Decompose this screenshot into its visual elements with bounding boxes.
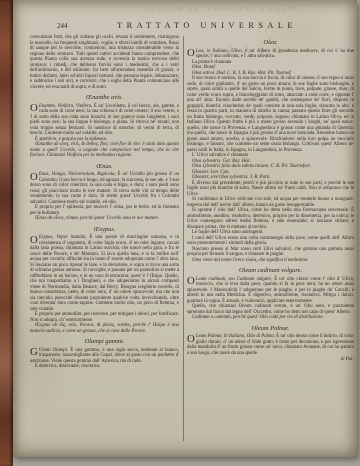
drop-cap: O	[187, 334, 196, 344]
entry-paragraph: Œnas ab οἶνος, vinum, perchè quest' Ucce…	[30, 216, 179, 222]
page-header: 244 TRATTATO UNIVERSALE	[30, 21, 352, 32]
drop-cap: O	[30, 172, 39, 182]
entry-paragraph: Nascono presso al Mar rosso certi Ulivi …	[187, 247, 354, 258]
entry-paragraph: È proprio per l' epilessia, per muover l…	[30, 205, 179, 216]
entry-heading: Oleum Palmæ.	[187, 325, 354, 332]
column-divider-rule	[183, 36, 184, 441]
entry-paragraph: È proprio per ammollire, per risolvere, …	[30, 312, 179, 323]
entry-paragraph: convulsioni forti, che gli voltano gli o…	[30, 35, 179, 90]
entry-lead: Lea; in Italiano, Ulivo,	[196, 49, 245, 54]
entry-heading: Olampi gummi.	[30, 338, 179, 345]
entry-paragraph: GUmmi Olampi. È una gomma, o una ragia s…	[30, 348, 179, 365]
entry-heading: Œnas.	[30, 163, 179, 170]
entry-paragraph: Si confettano le Ulive coltivate con sal…	[187, 197, 354, 208]
entry-paragraph: Œnanthe ab οἴνη, vitis, & ἄνθος, flos; c…	[30, 142, 179, 159]
entry-lead: Leum cadinum, seu Cadinum vulgare,	[196, 277, 274, 282]
entry-paragraph: Cadinum a cadendo, perchè quest' Olio ca…	[187, 315, 354, 321]
entry-paragraph: OEnanthe, Vinifora, Vinifera, È un' Ucce…	[30, 104, 179, 137]
entry-heading: Oleum cadinum volgare.	[187, 267, 354, 274]
entry-lead: Leum Palmæ; In Italiano, Olio di Palma.	[196, 334, 276, 339]
entry-lead: Ummi Olampi.	[39, 348, 71, 353]
entry-paragraph: OEnas, Vinago, Vinicornolum, Rupicola, È…	[30, 172, 179, 205]
entry-lead: Enanthe, Vinifora, Vinifera,	[39, 104, 94, 109]
entry-paragraph: È detersiva, diseccante, risolutiva.	[30, 364, 179, 370]
column-left: convulsioni forti, che gli voltano gli o…	[30, 35, 179, 445]
drop-cap: O	[30, 104, 39, 114]
entry-heading: Œsypus.	[30, 226, 179, 233]
text-block: convulsioni forti, che gli voltano gli o…	[30, 35, 354, 445]
entry-lead: Enas, Vinago, Vinicornolum, Rupicola,	[39, 172, 118, 177]
entry-paragraph: OLea; in Italiano, Ulivo, è un' Albero d…	[187, 49, 354, 60]
column-right: Olea.OLea; in Italiano, Ulivo, è un' Alb…	[187, 35, 354, 445]
bleed-through-running-title: DELLE DROGHE SEMPLICI	[83, 5, 353, 13]
entry-lead: Esypus, Vapor humida,	[39, 235, 90, 240]
entry-paragraph: OLeum Palmæ; In Italiano, Olio di Palma.…	[187, 334, 354, 356]
entry-paragraph: OEsypus, Vapor humida, È una spezie di m…	[30, 235, 179, 312]
entry-paragraph: Il suo tronco è nodoso, la sua buccia è …	[187, 76, 354, 153]
running-title: TRATTATO UNIVERSALE	[46, 21, 360, 30]
page-paper: DELLE DROGHE SEMPLICI OCRA 244 TRATTATO …	[13, 0, 357, 457]
entry-paragraph: Olea viene dal nome Greco ἐλαία, che sig…	[187, 258, 354, 264]
entry-paragraph: Œsypus ab ὄϊς, ovis, Pecora, & ῥύπος, so…	[30, 323, 179, 334]
scanned-book-page: { "page": { "number": "244", "running_ti…	[0, 0, 360, 466]
entry-heading: Olea.	[187, 39, 354, 46]
drop-cap: O	[187, 277, 196, 287]
entry-paragraph: È diverso dal precedente, perch' è più p…	[187, 181, 354, 198]
book-spine-edge	[0, 0, 13, 466]
drop-cap: O	[30, 235, 39, 245]
catchword: di Pal-	[187, 357, 354, 363]
entry-paragraph: Si spreme l' olio dall' Uliva, come ho d…	[187, 208, 354, 230]
entry-heading: Œnanthe avis.	[30, 94, 179, 101]
entry-paragraph: OLeum cadinum, seu Cadinum vulgare, È un…	[187, 277, 354, 305]
drop-cap: O	[187, 49, 196, 59]
entry-paragraph: I rami dell' Ulivo erano una volta contr…	[187, 236, 354, 247]
drop-cap: G	[30, 348, 39, 358]
entry-paragraph: Quello, che chiamasi Oleum cadinum verum…	[187, 304, 354, 315]
